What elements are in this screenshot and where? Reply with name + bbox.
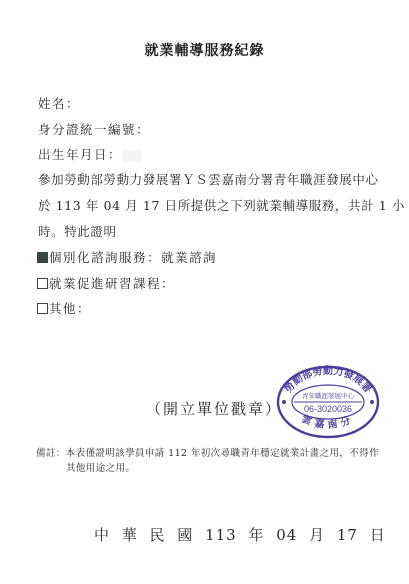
official-stamp-icon: 勞動部勞動力發展署 青年職涯發展中心 06-3020036 雲嘉南分 <box>275 364 381 440</box>
svg-text:勞動部勞動力發展署: 勞動部勞動力發展署 <box>281 364 374 395</box>
id-number-field-label: 身分證統一編號： <box>38 120 150 138</box>
remarks-line-1: 備註：本表僅證明該學員申請 112 年初次尋職青年穩定就業計畫之用，不得作 <box>36 446 379 461</box>
svg-text:雲嘉南分: 雲嘉南分 <box>300 412 356 431</box>
service-option-other: 其他： <box>37 299 91 317</box>
service-option-workshop: 就業促進研習課程： <box>37 274 175 292</box>
service-option-counseling: 個別化諮詢服務：就業諮詢 <box>37 248 217 266</box>
service-option-label: 其他： <box>49 299 91 317</box>
certificate-text-line-3: 時。特此證明 <box>38 222 117 240</box>
document-title: 就業輔導服務紀錄 <box>0 40 409 60</box>
checked-box-icon <box>37 252 48 263</box>
dob-field: 出生年月日： <box>38 145 142 163</box>
service-option-label: 個別化諮詢服務：就業諮詢 <box>49 248 217 266</box>
svg-text:06-3020036: 06-3020036 <box>304 404 352 414</box>
redacted-value <box>122 150 142 162</box>
remarks-line-2: 其他用途之用。 <box>36 461 379 476</box>
issue-date: 中 華 民 國 113 年 04 月 17 日 <box>94 524 386 545</box>
certificate-text-line-2: 於 113 年 04 月 17 日所提供之下列就業輔導服務，共計 1 小 <box>38 196 405 214</box>
svg-text:青年職涯發展中心: 青年職涯發展中心 <box>302 391 355 400</box>
unchecked-box-icon <box>37 303 48 314</box>
service-option-label: 就業促進研習課程： <box>49 274 175 292</box>
dob-field-label: 出生年月日： <box>38 147 122 162</box>
seal-label: （開立單位戳章） <box>146 398 282 419</box>
certificate-text-line-1: 參加勞動部勞動力發展署ＹＳ雲嘉南分署青年職涯發展中心 <box>38 170 379 188</box>
name-field-label: 姓名： <box>38 94 80 112</box>
unchecked-box-icon <box>37 278 48 289</box>
remarks-note: 備註：本表僅證明該學員申請 112 年初次尋職青年穩定就業計畫之用，不得作 其他… <box>36 446 379 476</box>
